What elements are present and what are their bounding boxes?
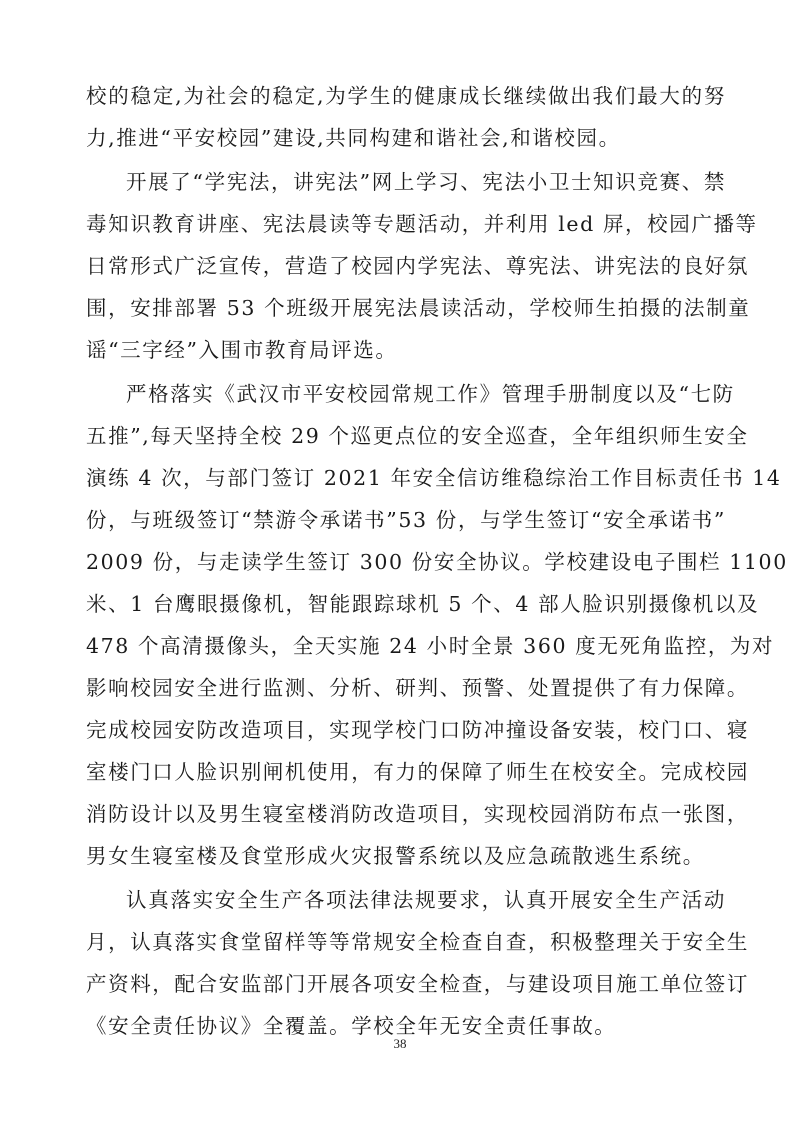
paragraph-2-line-5: 谣“三字经”入围市教育局评选。	[86, 330, 726, 370]
paragraph-3-line-4: 份，与班级签订“禁游令承诺书”53 份，与学生签订“安全承诺书”	[86, 500, 726, 540]
paragraph-3-line-8: 影响校园安全进行监测、分析、研判、预警、处置提供了有力保障。	[86, 668, 726, 708]
paragraph-3-line-2: 五推”,每天坚持全校 29 个巡更点位的安全巡查，全年组织师生安全	[86, 416, 726, 456]
paragraph-3-line-12: 男女生寝室楼及食堂形成火灾报警系统以及应急疏散逃生系统。	[86, 836, 726, 876]
paragraph-3-line-7: 478 个高清摄像头，全天实施 24 小时全景 360 度无死角监控，为对	[86, 626, 726, 666]
paragraph-3-line-9: 完成校园安防改造项目，实现学校门口防冲撞设备安装，校门口、寝	[86, 710, 726, 750]
paragraph-3-line-3: 演练 4 次，与部门签订 2021 年安全信访维稳综治工作目标责任书 14	[86, 458, 726, 498]
paragraph-2-line-3: 日常形式广泛宣传，营造了校园内学宪法、尊宪法、讲宪法的良好氛	[86, 246, 726, 286]
paragraph-3-line-5: 2009 份，与走读学生签订 300 份安全协议。学校建设电子围栏 1100	[86, 542, 726, 582]
paragraph-3-line-1: 严格落实《武汉市平安校园常规工作》管理手册制度以及“七防	[126, 374, 726, 414]
paragraph-4-line-2: 月，认真落实食堂留样等等常规安全检查自查，积极整理关于安全生	[86, 922, 726, 962]
paragraph-4-line-3: 产资料，配合安监部门开展各项安全检查，与建设项目施工单位签订	[86, 964, 726, 1004]
paragraph-2-line-2: 毒知识教育讲座、宪法晨读等专题活动，并利用 led 屏，校园广播等	[86, 204, 726, 244]
paragraph-3-line-10: 室楼门口人脸识别闸机使用，有力的保障了师生在校安全。完成校园	[86, 752, 726, 792]
document-page: 校的稳定,为社会的稳定,为学生的健康成长继续做出我们最大的努 力,推进“平安校园…	[0, 0, 800, 1131]
paragraph-1-line-1: 校的稳定,为社会的稳定,为学生的健康成长继续做出我们最大的努	[86, 76, 726, 116]
paragraph-3-line-6: 米、1 台鹰眼摄像机，智能跟踪球机 5 个、4 部人脸识别摄像机以及	[86, 584, 726, 624]
paragraph-3-line-11: 消防设计以及男生寝室楼消防改造项目，实现校园消防布点一张图，	[86, 794, 726, 834]
paragraph-1-line-2: 力,推进“平安校园”建设,共同构建和谐社会,和谐校园。	[86, 118, 726, 158]
page-number: 38	[0, 1036, 800, 1052]
paragraph-4-line-1: 认真落实安全生产各项法律法规要求，认真开展安全生产活动	[126, 880, 726, 920]
paragraph-2-line-1: 开展了“学宪法，讲宪法”网上学习、宪法小卫士知识竞赛、禁	[126, 162, 726, 202]
paragraph-2-line-4: 围，安排部署 53 个班级开展宪法晨读活动，学校师生拍摄的法制童	[86, 288, 726, 328]
